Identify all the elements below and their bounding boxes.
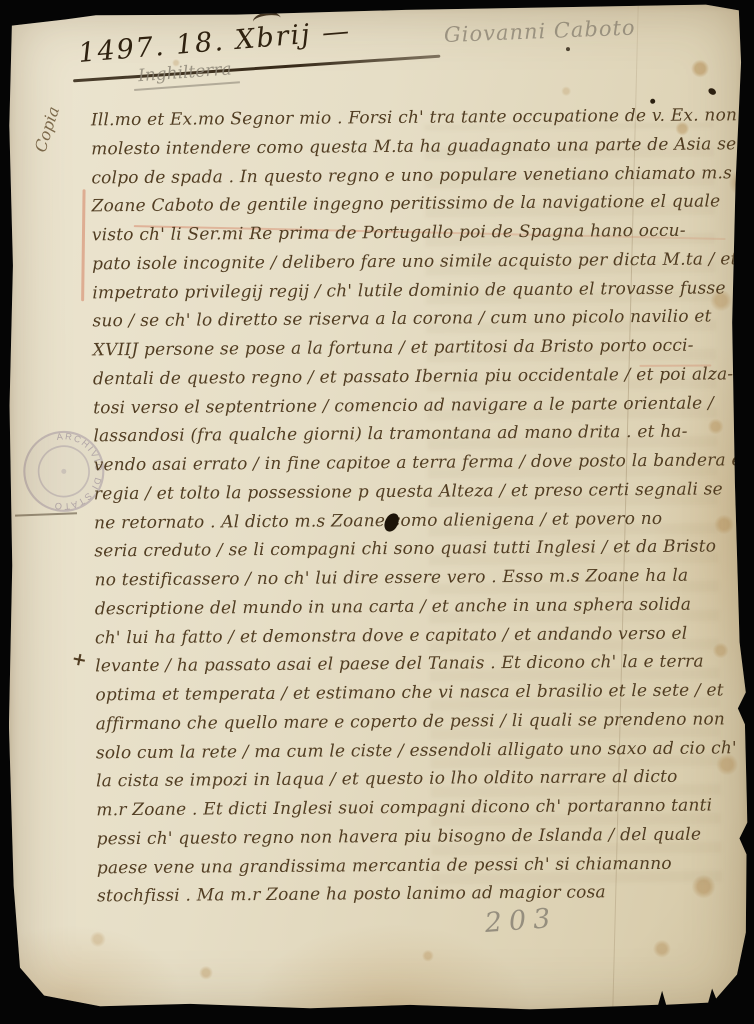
manuscript-line: paese vene una grandissima mercantia de … [97, 849, 727, 883]
pencil-place-note: Inghilterra [138, 61, 233, 85]
manuscript-line: pato isole incognite / delibero fare uno… [92, 245, 722, 279]
red-chalk-mark-vertical [81, 189, 85, 301]
page-number: 203 [484, 905, 558, 937]
ink-speck [650, 99, 655, 104]
manuscript-line: m.r Zoane . Et dicti Inglesi suoi compag… [96, 791, 726, 825]
manuscript-line: stochfissi . Ma m.r Zoane ha posto lanim… [97, 878, 727, 912]
manuscript-line: vendo asai errato / in fine capitoe a te… [94, 446, 724, 480]
manuscript-line: molesto intendere como questa M.ta ha gu… [91, 130, 721, 164]
manuscript-line: no testificassero / no ch' lui dire esse… [94, 561, 724, 595]
manuscript-line: descriptione del mundo in una carta / et… [95, 590, 725, 624]
manuscript-text-block: Ill.mo et Ex.mo Segnor mio . Forsi ch' t… [91, 101, 727, 911]
manuscript-line: pessi ch' questo regno non havera piu bi… [96, 820, 726, 854]
manuscript-line: optima et temperata / et estimano che vi… [95, 676, 725, 710]
manuscript-line: regia / et tolto la possessione p questa… [94, 475, 724, 509]
manuscript-line: dentali de questo regno / et passato Ibe… [93, 360, 723, 394]
manuscript-line: visto ch' li Ser.mi Re prima de Portugal… [92, 216, 722, 250]
ink-speck [566, 47, 570, 51]
manuscript-page: 1497. 18. Xbrij — Inghilterra Giovanni C… [6, 2, 750, 1017]
photo-background: 1497. 18. Xbrij — Inghilterra Giovanni C… [0, 0, 754, 1024]
manuscript-line: affirmano che quello mare e coperto de p… [96, 705, 726, 739]
manuscript-line: XVIIJ persone se pose a la fortuna / et … [93, 331, 723, 365]
copy-note: Copia [29, 94, 66, 166]
pencil-attribution-note: Giovanni Caboto [444, 18, 636, 47]
marginal-cross-mark: + [70, 648, 89, 672]
manuscript-line: Ill.mo et Ex.mo Segnor mio . Forsi ch' t… [91, 101, 721, 135]
ink-speck [707, 87, 717, 96]
